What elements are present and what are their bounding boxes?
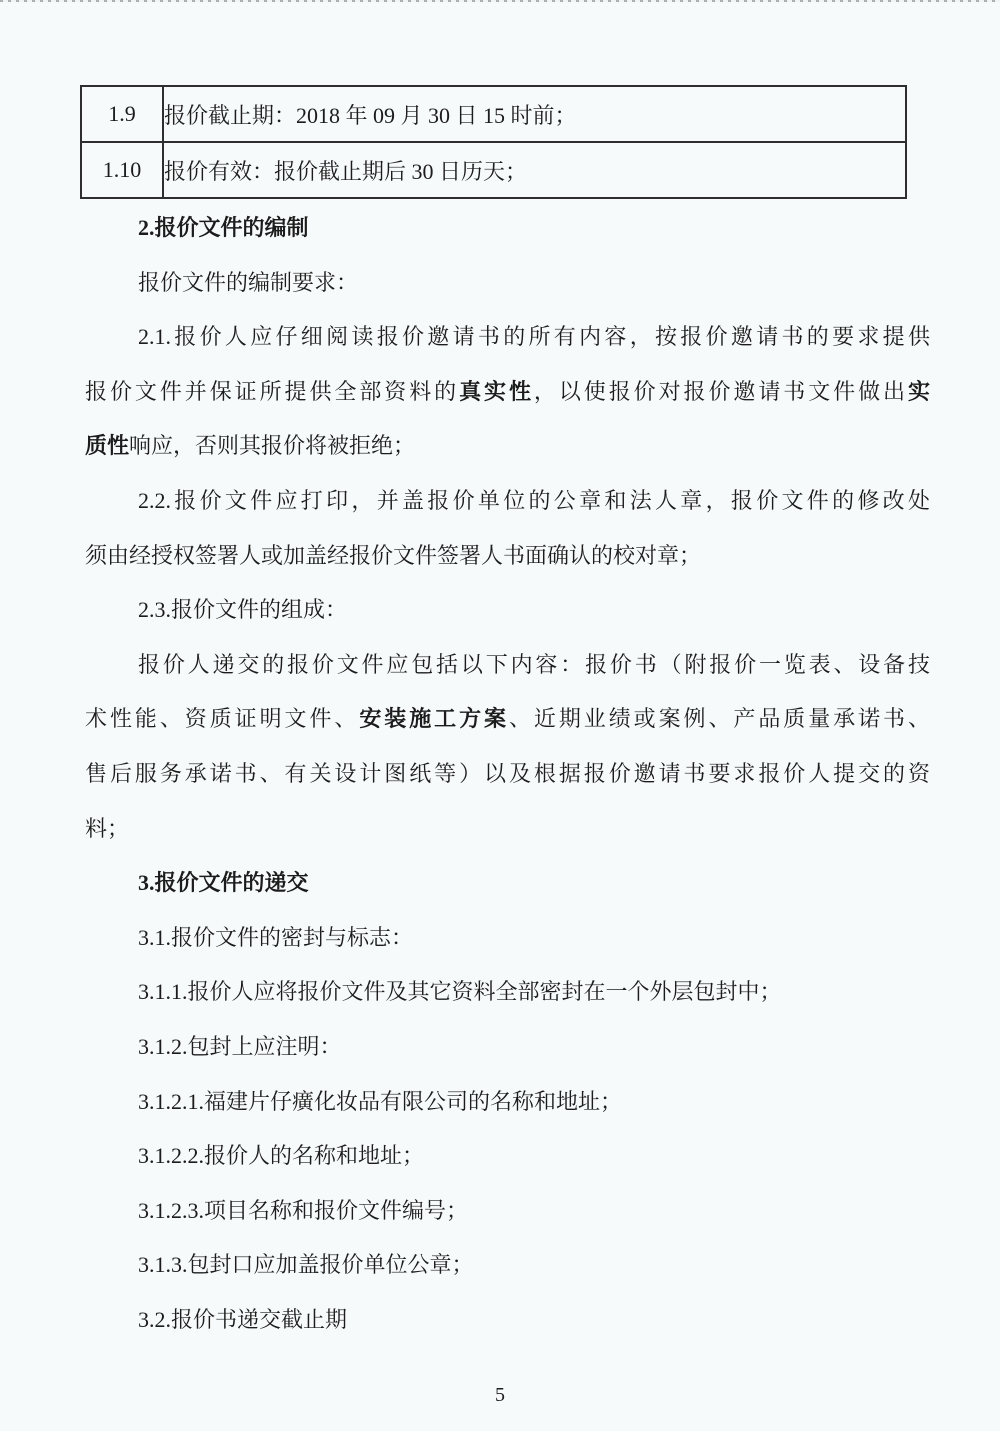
text-segment: 2.3.报价文件的组成： [138, 597, 347, 622]
clause-text-cell: 报价有效：报价截止期后 30 日历天； [163, 142, 906, 198]
text-segment: 3.2.报价书递交截止期 [138, 1307, 347, 1332]
text-segment: 、近期业绩或案例、产品质量承诺书、 [509, 706, 930, 731]
text-segment: 术性能、资质证明文件、 [85, 706, 359, 731]
text-segment: 响应，否则其报价将被拒绝； [129, 433, 415, 458]
text-line: 须由经授权签署人或加盖经报价文件签署人书面确认的校对章； [85, 529, 930, 584]
page-number: 5 [0, 1384, 1000, 1407]
text-segment: 3.1.2.2.报价人的名称和地址； [138, 1143, 424, 1168]
text-segment: 2.2.报价文件应打印，并盖报价单位的公章和法人章，报价文件的修改处 [138, 488, 930, 513]
text-line: 3.1.2.包封上应注明： [85, 1020, 930, 1075]
text-segment: 3.1.报价文件的密封与标志： [138, 925, 413, 950]
clause-number-cell: 1.10 [81, 142, 163, 198]
text-line: 报价文件的编制要求： [85, 256, 930, 311]
quotation-terms-table: 1.9 报价截止期：2018 年 09 月 30 日 15 时前； 1.10 报… [80, 85, 907, 199]
text-line: 质性响应，否则其报价将被拒绝； [85, 419, 930, 474]
text-line: 3.1.1.报价人应将报价文件及其它资料全部密封在一个外层包封中； [85, 965, 930, 1020]
text-line: 3.1.2.1.福建片仔癀化妆品有限公司的名称和地址； [85, 1075, 930, 1130]
text-segment: 报价人递交的报价文件应包括以下内容：报价书（附报价一览表、设备技 [138, 652, 930, 677]
scan-artifact-top-edge [0, 0, 1000, 2]
document-body: 2.报价文件的编制报价文件的编制要求：2.1.报价人应仔细阅读报价邀请书的所有内… [85, 201, 930, 1347]
section-heading: 2.报价文件的编制 [85, 201, 930, 256]
section-heading: 3.报价文件的递交 [85, 856, 930, 911]
text-segment: 2.1.报价人应仔细阅读报价邀请书的所有内容，按报价邀请书的要求提供 [138, 324, 930, 349]
text-segment: 3.1.2.1.福建片仔癀化妆品有限公司的名称和地址； [138, 1089, 622, 1114]
bold-text-segment: 2.报价文件的编制 [138, 215, 309, 240]
text-line: 售后服务承诺书、有关设计图纸等）以及根据报价邀请书要求报价人提交的资 [85, 747, 930, 802]
text-line: 料； [85, 802, 930, 857]
bold-text-segment: 实 [908, 379, 930, 404]
text-line: 报价人递交的报价文件应包括以下内容：报价书（附报价一览表、设备技 [85, 638, 930, 693]
text-segment: 须由经授权签署人或加盖经报价文件签署人书面确认的校对章； [85, 543, 701, 568]
text-segment: 报价文件的编制要求： [138, 270, 358, 295]
text-line: 2.3.报价文件的组成： [85, 583, 930, 638]
text-segment: 3.1.2.包封上应注明： [138, 1034, 342, 1059]
text-line: 3.2.报价书递交截止期 [85, 1293, 930, 1348]
document-page: 1.9 报价截止期：2018 年 09 月 30 日 15 时前； 1.10 报… [0, 0, 1000, 1431]
text-segment: 3.1.1.报价人应将报价文件及其它资料全部密封在一个外层包封中； [138, 979, 782, 1004]
text-line: 3.1.2.2.报价人的名称和地址； [85, 1129, 930, 1184]
bold-text-segment: 真实性 [459, 379, 534, 404]
text-segment: 3.1.3.包封口应加盖报价单位公章； [138, 1252, 474, 1277]
clause-number-cell: 1.9 [81, 86, 163, 142]
text-line: 2.2.报价文件应打印，并盖报价单位的公章和法人章，报价文件的修改处 [85, 474, 930, 529]
table-row: 1.10 报价有效：报价截止期后 30 日历天； [81, 142, 906, 198]
table-row: 1.9 报价截止期：2018 年 09 月 30 日 15 时前； [81, 86, 906, 142]
text-line: 3.1.报价文件的密封与标志： [85, 911, 930, 966]
text-segment: 料； [85, 816, 129, 841]
text-segment: 3.1.2.3.项目名称和报价文件编号； [138, 1198, 468, 1223]
clause-text-cell: 报价截止期：2018 年 09 月 30 日 15 时前； [163, 86, 906, 142]
text-segment: 售后服务承诺书、有关设计图纸等）以及根据报价邀请书要求报价人提交的资 [85, 761, 930, 786]
text-line: 3.1.2.3.项目名称和报价文件编号； [85, 1184, 930, 1239]
bold-text-segment: 安装施工方案 [359, 706, 509, 731]
text-line: 2.1.报价人应仔细阅读报价邀请书的所有内容，按报价邀请书的要求提供 [85, 310, 930, 365]
bold-text-segment: 3.报价文件的递交 [138, 870, 309, 895]
text-segment: 报价文件并保证所提供全部资料的 [85, 379, 459, 404]
text-line: 报价文件并保证所提供全部资料的真实性，以使报价对报价邀请书文件做出实 [85, 365, 930, 420]
bold-text-segment: 质性 [85, 433, 129, 458]
text-line: 3.1.3.包封口应加盖报价单位公章； [85, 1238, 930, 1293]
text-segment: ，以使报价对报价邀请书文件做出 [534, 379, 908, 404]
text-line: 术性能、资质证明文件、安装施工方案、近期业绩或案例、产品质量承诺书、 [85, 692, 930, 747]
